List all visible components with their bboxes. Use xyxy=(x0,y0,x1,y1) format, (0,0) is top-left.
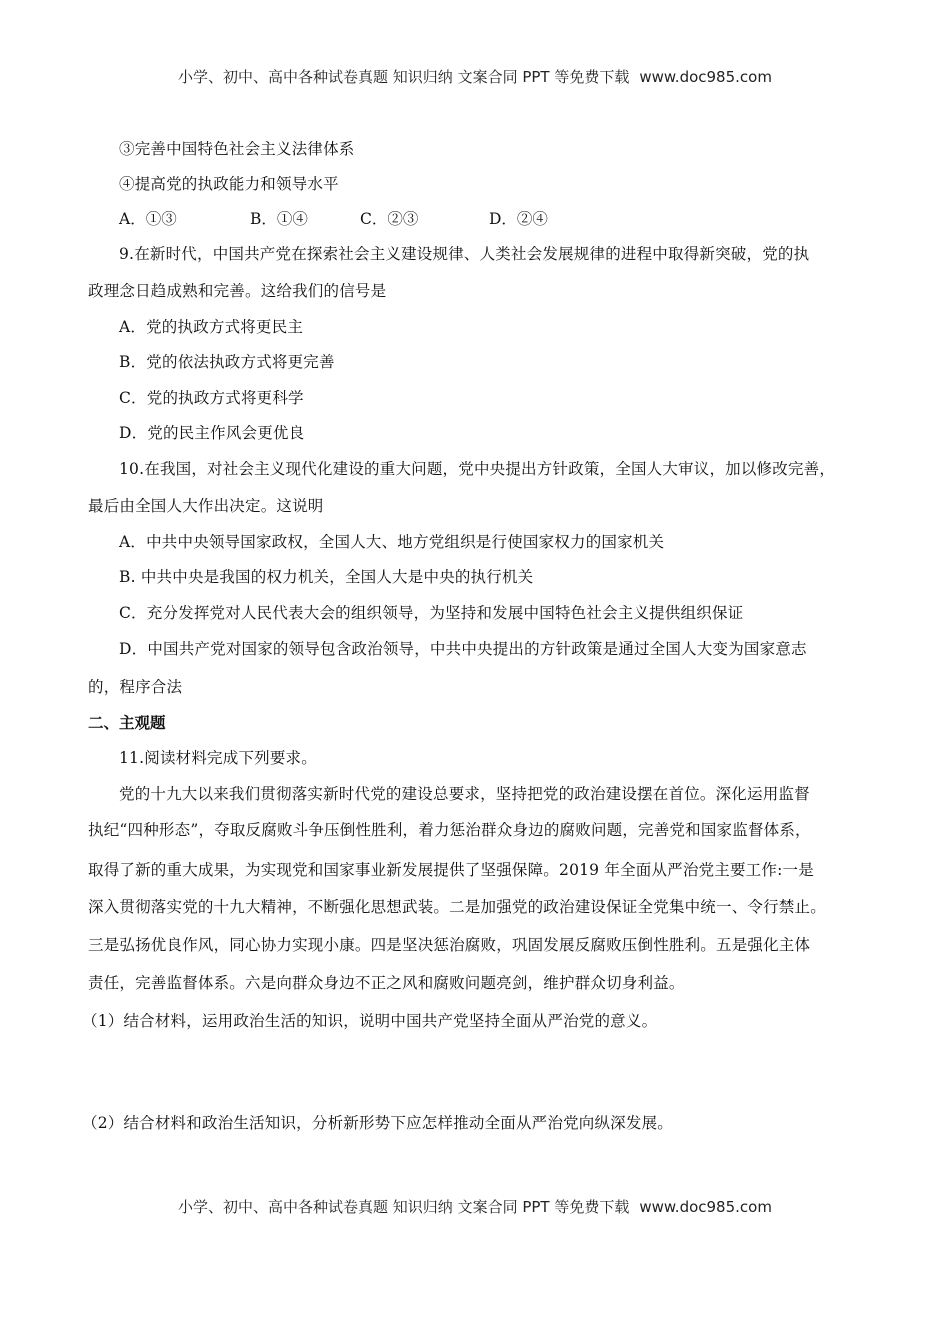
q8-option-c[interactable]: C．②③ xyxy=(360,209,418,229)
q10-option-c[interactable]: C．充分发挥党对人民代表大会的组织领导，为坚持和发展中国特色社会主义提供组织保证 xyxy=(119,603,743,623)
q8-option-b[interactable]: B．①④ xyxy=(250,209,308,229)
q9-option-d[interactable]: D．党的民主作风会更优良 xyxy=(119,423,304,443)
q9-stem-line2: 政理念日趋成熟和完善。这给我们的信号是 xyxy=(88,281,386,301)
q10-option-b[interactable]: B. 中共中央是我国的权力机关，全国人大是中央的执行机关 xyxy=(119,567,533,587)
q11-material-line6: 责任，完善监督体系。六是向群众身边不正之风和腐败问题亮剑，维护群众切身利益。 xyxy=(88,973,685,993)
q9-option-b[interactable]: B．党的依法执政方式将更完善 xyxy=(119,352,335,372)
q11-material-line5: 三是弘扬优良作风，同心协力实现小康。四是坚决惩治腐败，巩固发展反腐败压倒性胜利。… xyxy=(88,935,810,955)
q11-material-line3: 取得了新的重大成果，为实现党和国家事业新发展提供了坚强保障。2019 年全面从严… xyxy=(88,860,814,880)
q10-option-d-line2: 的，程序合法 xyxy=(88,677,182,697)
section-title-subjective: 二、主观题 xyxy=(88,713,166,733)
q8-item-4: ④提高党的执政能力和领导水平 xyxy=(119,174,339,194)
page-header: 小学、初中、高中各种试卷真题 知识归纳 文案合同 PPT 等免费下载www.do… xyxy=(0,66,950,87)
q10-option-a[interactable]: A．中共中央领导国家政权，全国人大、地方党组织是行使国家权力的国家机关 xyxy=(119,532,664,552)
header-text: 小学、初中、高中各种试卷真题 知识归纳 文案合同 PPT 等免费下载 xyxy=(178,68,629,86)
q10-option-d-line1[interactable]: D．中国共产党对国家的领导包含政治领导，中共中央提出的方针政策是通过全国人大变为… xyxy=(119,639,807,659)
q11-material-line1: 党的十九大以来我们贯彻落实新时代党的建设总要求，坚持把党的政治建设摆在首位。深化… xyxy=(119,784,810,804)
q11-stem: 11.阅读材料完成下列要求。 xyxy=(119,748,317,768)
q8-item-3: ③完善中国特色社会主义法律体系 xyxy=(119,139,355,159)
q11-subquestion-1: （1）结合材料，运用政治生活的知识，说明中国共产党坚持全面从严治党的意义。 xyxy=(82,1011,657,1031)
q11-material-line2: 执纪“四种形态”，夺取反腐败斗争压倒性胜利，着力惩治群众身边的腐败问题，完善党和… xyxy=(88,820,811,840)
footer-text: 小学、初中、高中各种试卷真题 知识归纳 文案合同 PPT 等免费下载 xyxy=(178,1198,629,1216)
q8-option-a[interactable]: A．①③ xyxy=(119,209,177,229)
q8-option-d[interactable]: D．②④ xyxy=(489,209,548,229)
q10-stem-line2: 最后由全国人大作出决定。这说明 xyxy=(88,496,324,516)
q10-stem-line1: 10.在我国，对社会主义现代化建设的重大问题，党中央提出方针政策，全国人大审议，… xyxy=(119,459,835,479)
q9-stem-line1: 9.在新时代，中国共产党在探索社会主义建设规律、人类社会发展规律的进程中取得新突… xyxy=(119,244,809,264)
q11-subquestion-2: （2）结合材料和政治生活知识，分析新形势下应怎样推动全面从严治党向纵深发展。 xyxy=(82,1113,673,1133)
q9-option-c[interactable]: C．党的执政方式将更科学 xyxy=(119,388,304,408)
page-footer: 小学、初中、高中各种试卷真题 知识归纳 文案合同 PPT 等免费下载www.do… xyxy=(0,1196,950,1217)
q9-option-a[interactable]: A．党的执政方式将更民主 xyxy=(119,317,303,337)
q11-material-line4: 深入贯彻落实党的十九大精神，不断强化思想武装。二是加强党的政治建设保证全党集中统… xyxy=(88,897,826,917)
footer-site-link[interactable]: www.doc985.com xyxy=(639,1198,772,1216)
header-site-link[interactable]: www.doc985.com xyxy=(639,68,772,86)
